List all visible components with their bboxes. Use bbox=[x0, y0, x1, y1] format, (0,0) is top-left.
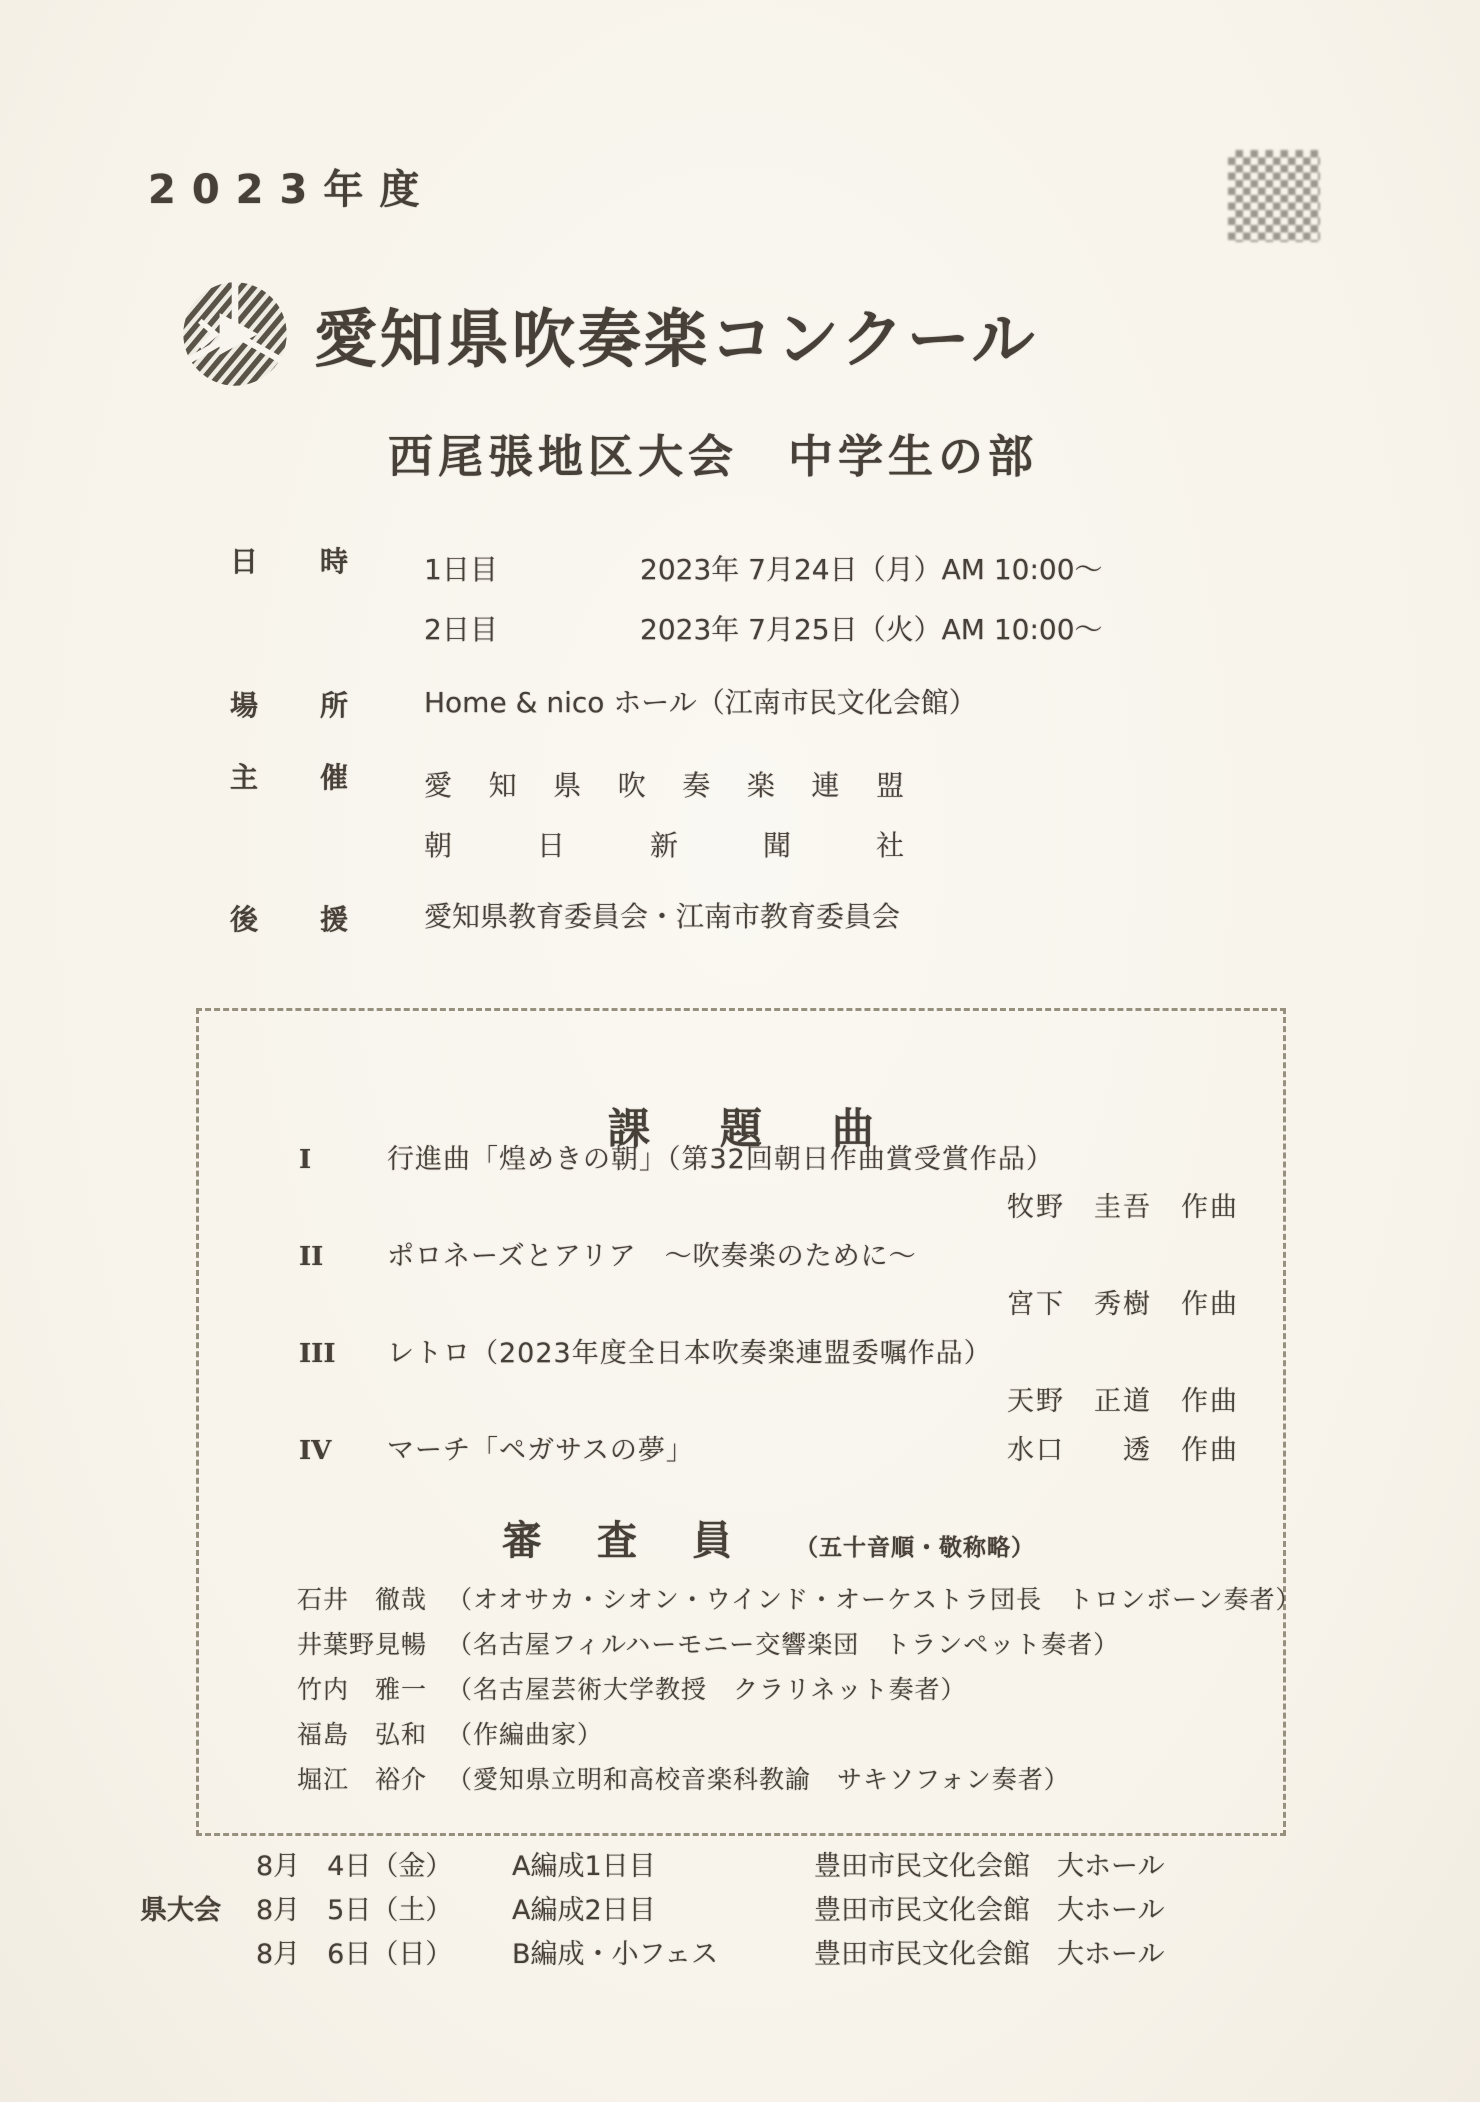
piece-1-composer: 牧野 圭吾 作曲 bbox=[299, 1191, 1239, 1225]
program-box: 課題曲 I 行進曲「煌めきの朝」（第32回朝日作曲賞受賞作品） 牧野 圭吾 作曲… bbox=[196, 1008, 1286, 1836]
prefecture-schedule: 8月 4日（金） A編成1日目 豊田市民文化会館 大ホール 県大会 8月 5日（… bbox=[140, 1845, 1400, 1977]
organizer-label: 主催 bbox=[230, 756, 348, 796]
day1-date: 2023年 7月24日（月）AM 10:00～ bbox=[640, 540, 1103, 600]
venue-value: Home & nico ホール（江南市民文化会館） bbox=[424, 684, 977, 722]
schedule-2-date: 8月 5日（土） bbox=[256, 1889, 512, 1933]
judge-row-3: 竹内 雅一 （名古屋芸術大学教授 クラリネット奏者） bbox=[297, 1667, 1243, 1712]
piece-2-composer: 宮下 秀樹 作曲 bbox=[299, 1288, 1239, 1322]
schedule-row-3: 8月 6日（日） B編成・小フェス 豊田市民文化会館 大ホール bbox=[140, 1933, 1400, 1977]
support-value: 愛知県教育委員会・江南市教育委員会 bbox=[424, 898, 900, 936]
piece-3-numeral: III bbox=[299, 1337, 387, 1371]
piece-1-title: 行進曲「煌めきの朝」（第32回朝日作曲賞受賞作品） bbox=[387, 1143, 1054, 1177]
piece-3-composer: 天野 正道 作曲 bbox=[299, 1385, 1239, 1419]
schedule-1-venue: 豊田市民文化会館 大ホール bbox=[814, 1845, 1164, 1889]
set-pieces-list: I 行進曲「煌めきの朝」（第32回朝日作曲賞受賞作品） 牧野 圭吾 作曲 II … bbox=[299, 1143, 1239, 1482]
piece-2-numeral: II bbox=[299, 1240, 387, 1274]
piece-row-3: III レトロ（2023年度全日本吹奏楽連盟委嘱作品） bbox=[299, 1337, 1239, 1371]
qr-code-stamp bbox=[1228, 150, 1320, 242]
judge-row-1: 石井 徹哉 （オオサカ・シオン・ウインド・オーケストラ団長 トロンボーン奏者） bbox=[297, 1577, 1243, 1622]
schedule-3-date: 8月 6日（日） bbox=[256, 1933, 512, 1977]
schedule-1-event: A編成1日目 bbox=[512, 1845, 814, 1889]
judge-1-name: 石井 徹哉 bbox=[297, 1577, 447, 1622]
organizer-line-1: 愛知県吹奏楽連盟 bbox=[424, 756, 904, 816]
piece-row-2: II ポロネーズとアリア ～吹奏楽のために～ bbox=[299, 1240, 1239, 1274]
judges-list: 石井 徹哉 （オオサカ・シオン・ウインド・オーケストラ団長 トロンボーン奏者） … bbox=[297, 1577, 1243, 1802]
datetime-label: 日時 bbox=[230, 540, 348, 580]
info-row-support: 後援 愛知県教育委員会・江南市教育委員会 bbox=[230, 898, 900, 938]
piece-row-1: I 行進曲「煌めきの朝」（第32回朝日作曲賞受賞作品） bbox=[299, 1143, 1239, 1177]
organizer-line-2: 朝日新聞社 bbox=[424, 816, 904, 876]
page-subtitle: 西尾張地区大会 中学生の部 bbox=[388, 420, 1038, 485]
day1-label: 1日目 bbox=[424, 540, 640, 600]
judge-4-description: （作編曲家） bbox=[447, 1712, 603, 1757]
page-title: 愛知県吹奏楽コンクール bbox=[314, 289, 1037, 380]
schedule-3-event: B編成・小フェス bbox=[512, 1933, 814, 1977]
judge-5-name: 堀江 裕介 bbox=[297, 1757, 447, 1802]
piece-1-numeral: I bbox=[299, 1143, 387, 1177]
band-federation-logo-icon bbox=[180, 278, 290, 390]
judge-4-name: 福島 弘和 bbox=[297, 1712, 447, 1757]
judge-2-name: 井葉野見暢 bbox=[297, 1622, 447, 1667]
schedule-1-date: 8月 4日（金） bbox=[256, 1845, 512, 1889]
judge-row-4: 福島 弘和 （作編曲家） bbox=[297, 1712, 1243, 1757]
schedule-2-event: A編成2日目 bbox=[512, 1889, 814, 1933]
scanned-program-page: 2023年度 愛知県吹奏楽コンクール bbox=[0, 0, 1480, 2102]
prefecture-tournament-label: 県大会 bbox=[140, 1889, 256, 1933]
schedule-row-2: 県大会 8月 5日（土） A編成2日目 豊田市民文化会館 大ホール bbox=[140, 1889, 1400, 1933]
judge-row-5: 堀江 裕介 （愛知県立明和高校音楽科教諭 サキソフォン奏者） bbox=[297, 1757, 1243, 1802]
year-label: 2023年度 bbox=[148, 158, 435, 215]
day2-date: 2023年 7月25日（火）AM 10:00～ bbox=[640, 600, 1103, 660]
piece-4-title: マーチ「ペガサスの夢」 bbox=[387, 1434, 694, 1468]
organizer-lines: 愛知県吹奏楽連盟 朝日新聞社 bbox=[424, 756, 904, 876]
piece-row-4: IV マーチ「ペガサスの夢」 水口 透 作曲 bbox=[299, 1434, 1239, 1468]
judge-row-2: 井葉野見暢 （名古屋フィルハーモニー交響楽団 トランペット奏者） bbox=[297, 1622, 1243, 1667]
judge-5-description: （愛知県立明和高校音楽科教諭 サキソフォン奏者） bbox=[447, 1757, 1070, 1802]
piece-2-title: ポロネーズとアリア ～吹奏楽のために～ bbox=[387, 1240, 917, 1274]
schedule-label-spacer bbox=[140, 1933, 256, 1977]
judge-1-description: （オオサカ・シオン・ウインド・オーケストラ団長 トロンボーン奏者） bbox=[447, 1577, 1302, 1622]
judge-3-name: 竹内 雅一 bbox=[297, 1667, 447, 1712]
venue-label: 場所 bbox=[230, 684, 348, 724]
judge-2-description: （名古屋フィルハーモニー交響楽団 トランペット奏者） bbox=[447, 1622, 1119, 1667]
support-label: 後援 bbox=[230, 898, 348, 938]
schedule-3-venue: 豊田市民文化会館 大ホール bbox=[814, 1933, 1164, 1977]
schedule-2-venue: 豊田市民文化会館 大ホール bbox=[814, 1889, 1164, 1933]
info-row-datetime: 日時 1日目 2023年 7月24日（月）AM 10:00～ 2日目 2023年… bbox=[230, 540, 1103, 660]
title-row: 愛知県吹奏楽コンクール bbox=[180, 278, 1037, 390]
judges-order-note: （五十音順・敬称略） bbox=[795, 1529, 1035, 1566]
piece-4-numeral: IV bbox=[299, 1434, 387, 1468]
info-row-venue: 場所 Home & nico ホール（江南市民文化会館） bbox=[230, 684, 977, 724]
judges-heading: 審査員 bbox=[502, 1509, 787, 1566]
schedule-row-1: 8月 4日（金） A編成1日目 豊田市民文化会館 大ホール bbox=[140, 1845, 1400, 1889]
judge-3-description: （名古屋芸術大学教授 クラリネット奏者） bbox=[447, 1667, 967, 1712]
day2-label: 2日目 bbox=[424, 600, 640, 660]
info-row-organizer: 主催 愛知県吹奏楽連盟 朝日新聞社 bbox=[230, 756, 904, 876]
datetime-lines: 1日目 2023年 7月24日（月）AM 10:00～ 2日目 2023年 7月… bbox=[424, 540, 1103, 660]
judges-heading-row: 審査員 （五十音順・敬称略） bbox=[199, 1509, 1283, 1566]
piece-4-composer: 水口 透 作曲 bbox=[1007, 1434, 1239, 1468]
piece-3-title: レトロ（2023年度全日本吹奏楽連盟委嘱作品） bbox=[387, 1337, 992, 1371]
schedule-label-spacer bbox=[140, 1845, 256, 1889]
